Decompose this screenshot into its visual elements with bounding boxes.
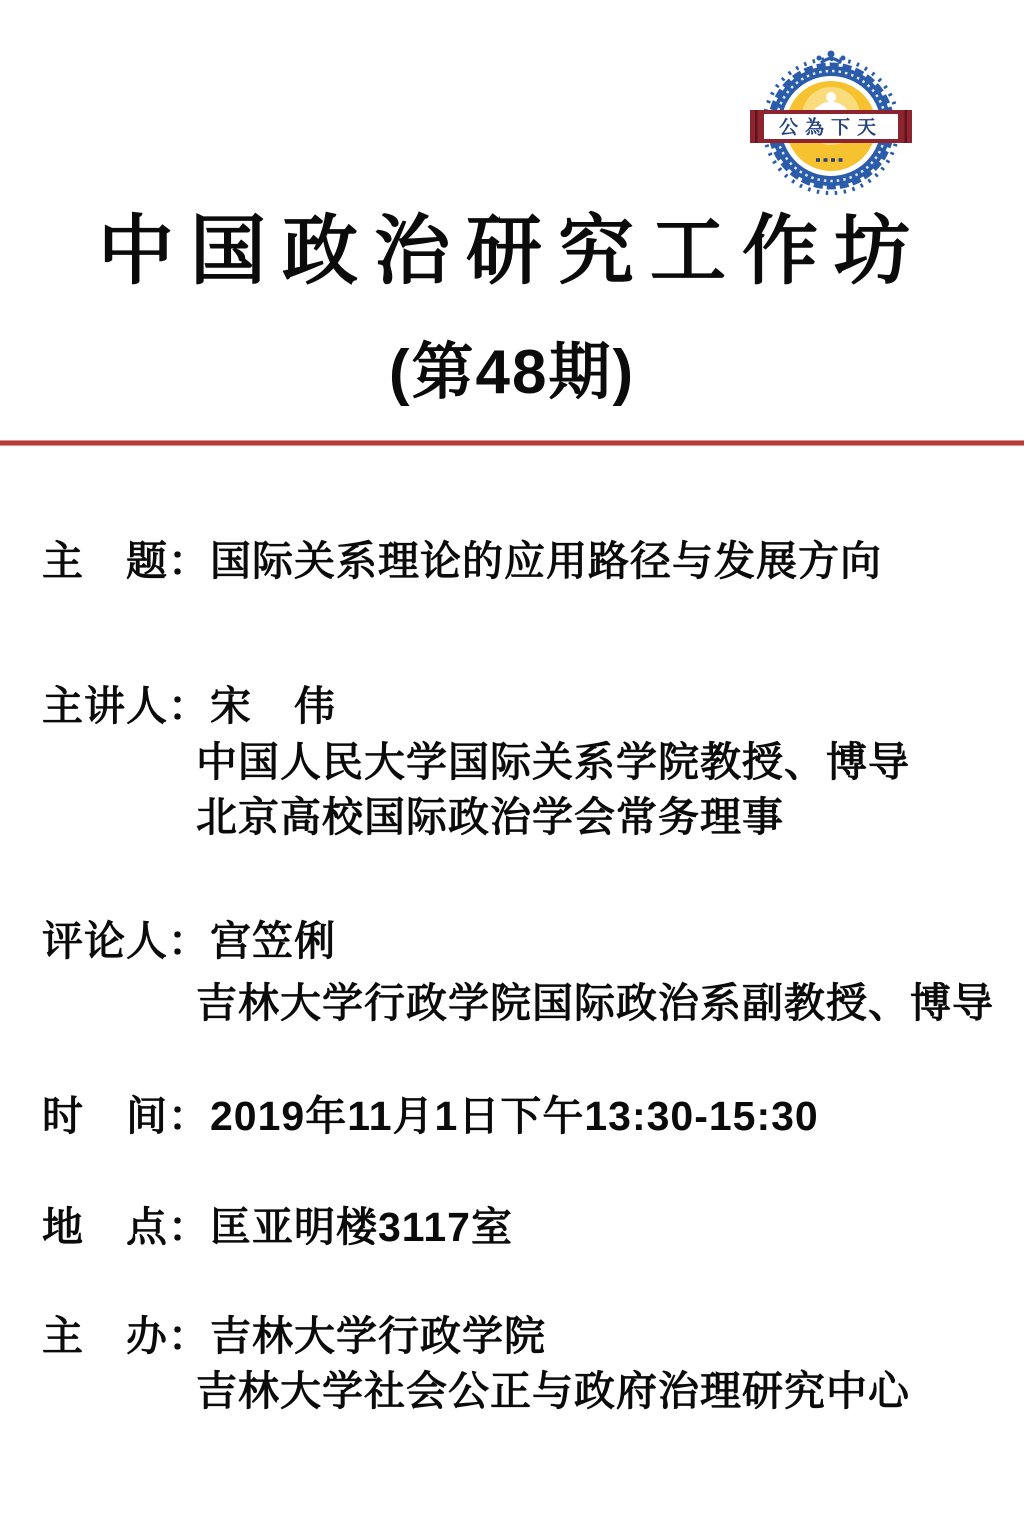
time-line: 时 间：2019年11月1日下午13:30-15:30 [42,1092,819,1141]
college-seal-logo: 公為下天 [746,48,916,206]
host-extra: 吉林大学社会公正与政府治理研究中心 [196,1367,910,1416]
seal-banner: 公為下天 [750,110,912,143]
venue-value: 匡亚明楼3117室 [210,1204,513,1250]
commentator-line: 评论人：宫笠俐 [42,917,336,966]
commentator-title-1: 吉林大学行政学院国际政治系副教授、博导 [196,979,994,1028]
topic-label: 主 题： [42,538,210,584]
host-value: 吉林大学行政学院 [210,1313,546,1359]
venue-label: 地 点： [42,1204,210,1250]
commentator-name: 宫笠俐 [210,918,336,964]
red-divider-line [0,441,1024,445]
host-label: 主 办： [42,1313,210,1359]
time-value: 2019年11月1日下午13:30-15:30 [210,1093,819,1139]
speaker-name: 宋 伟 [210,683,336,729]
workshop-notice-page: 公為下天 中国政治研究工作坊 (第48期) 主 题：国际关系理论的应用路径与发展… [0,0,1024,1536]
workshop-title: 中国政治研究工作坊 [0,205,1024,296]
speaker-title-1: 中国人民大学国际关系学院教授、博导 [196,738,910,787]
topic-line: 主 题：国际关系理论的应用路径与发展方向 [42,537,882,586]
speaker-title-2: 北京高校国际政治学会常务理事 [196,793,784,842]
issue-number: (第48期) [0,336,1024,410]
time-label: 时 间： [42,1093,210,1139]
speaker-label: 主讲人： [42,683,210,729]
venue-line: 地 点：匡亚明楼3117室 [42,1203,513,1252]
topic-value: 国际关系理论的应用路径与发展方向 [210,538,882,584]
college-seal-icon: 公為下天 [746,48,916,206]
speaker-line: 主讲人：宋 伟 [42,682,336,731]
seal-banner-text: 公為下天 [779,116,883,139]
commentator-label: 评论人： [42,918,210,964]
host-line: 主 办：吉林大学行政学院 [42,1312,546,1361]
